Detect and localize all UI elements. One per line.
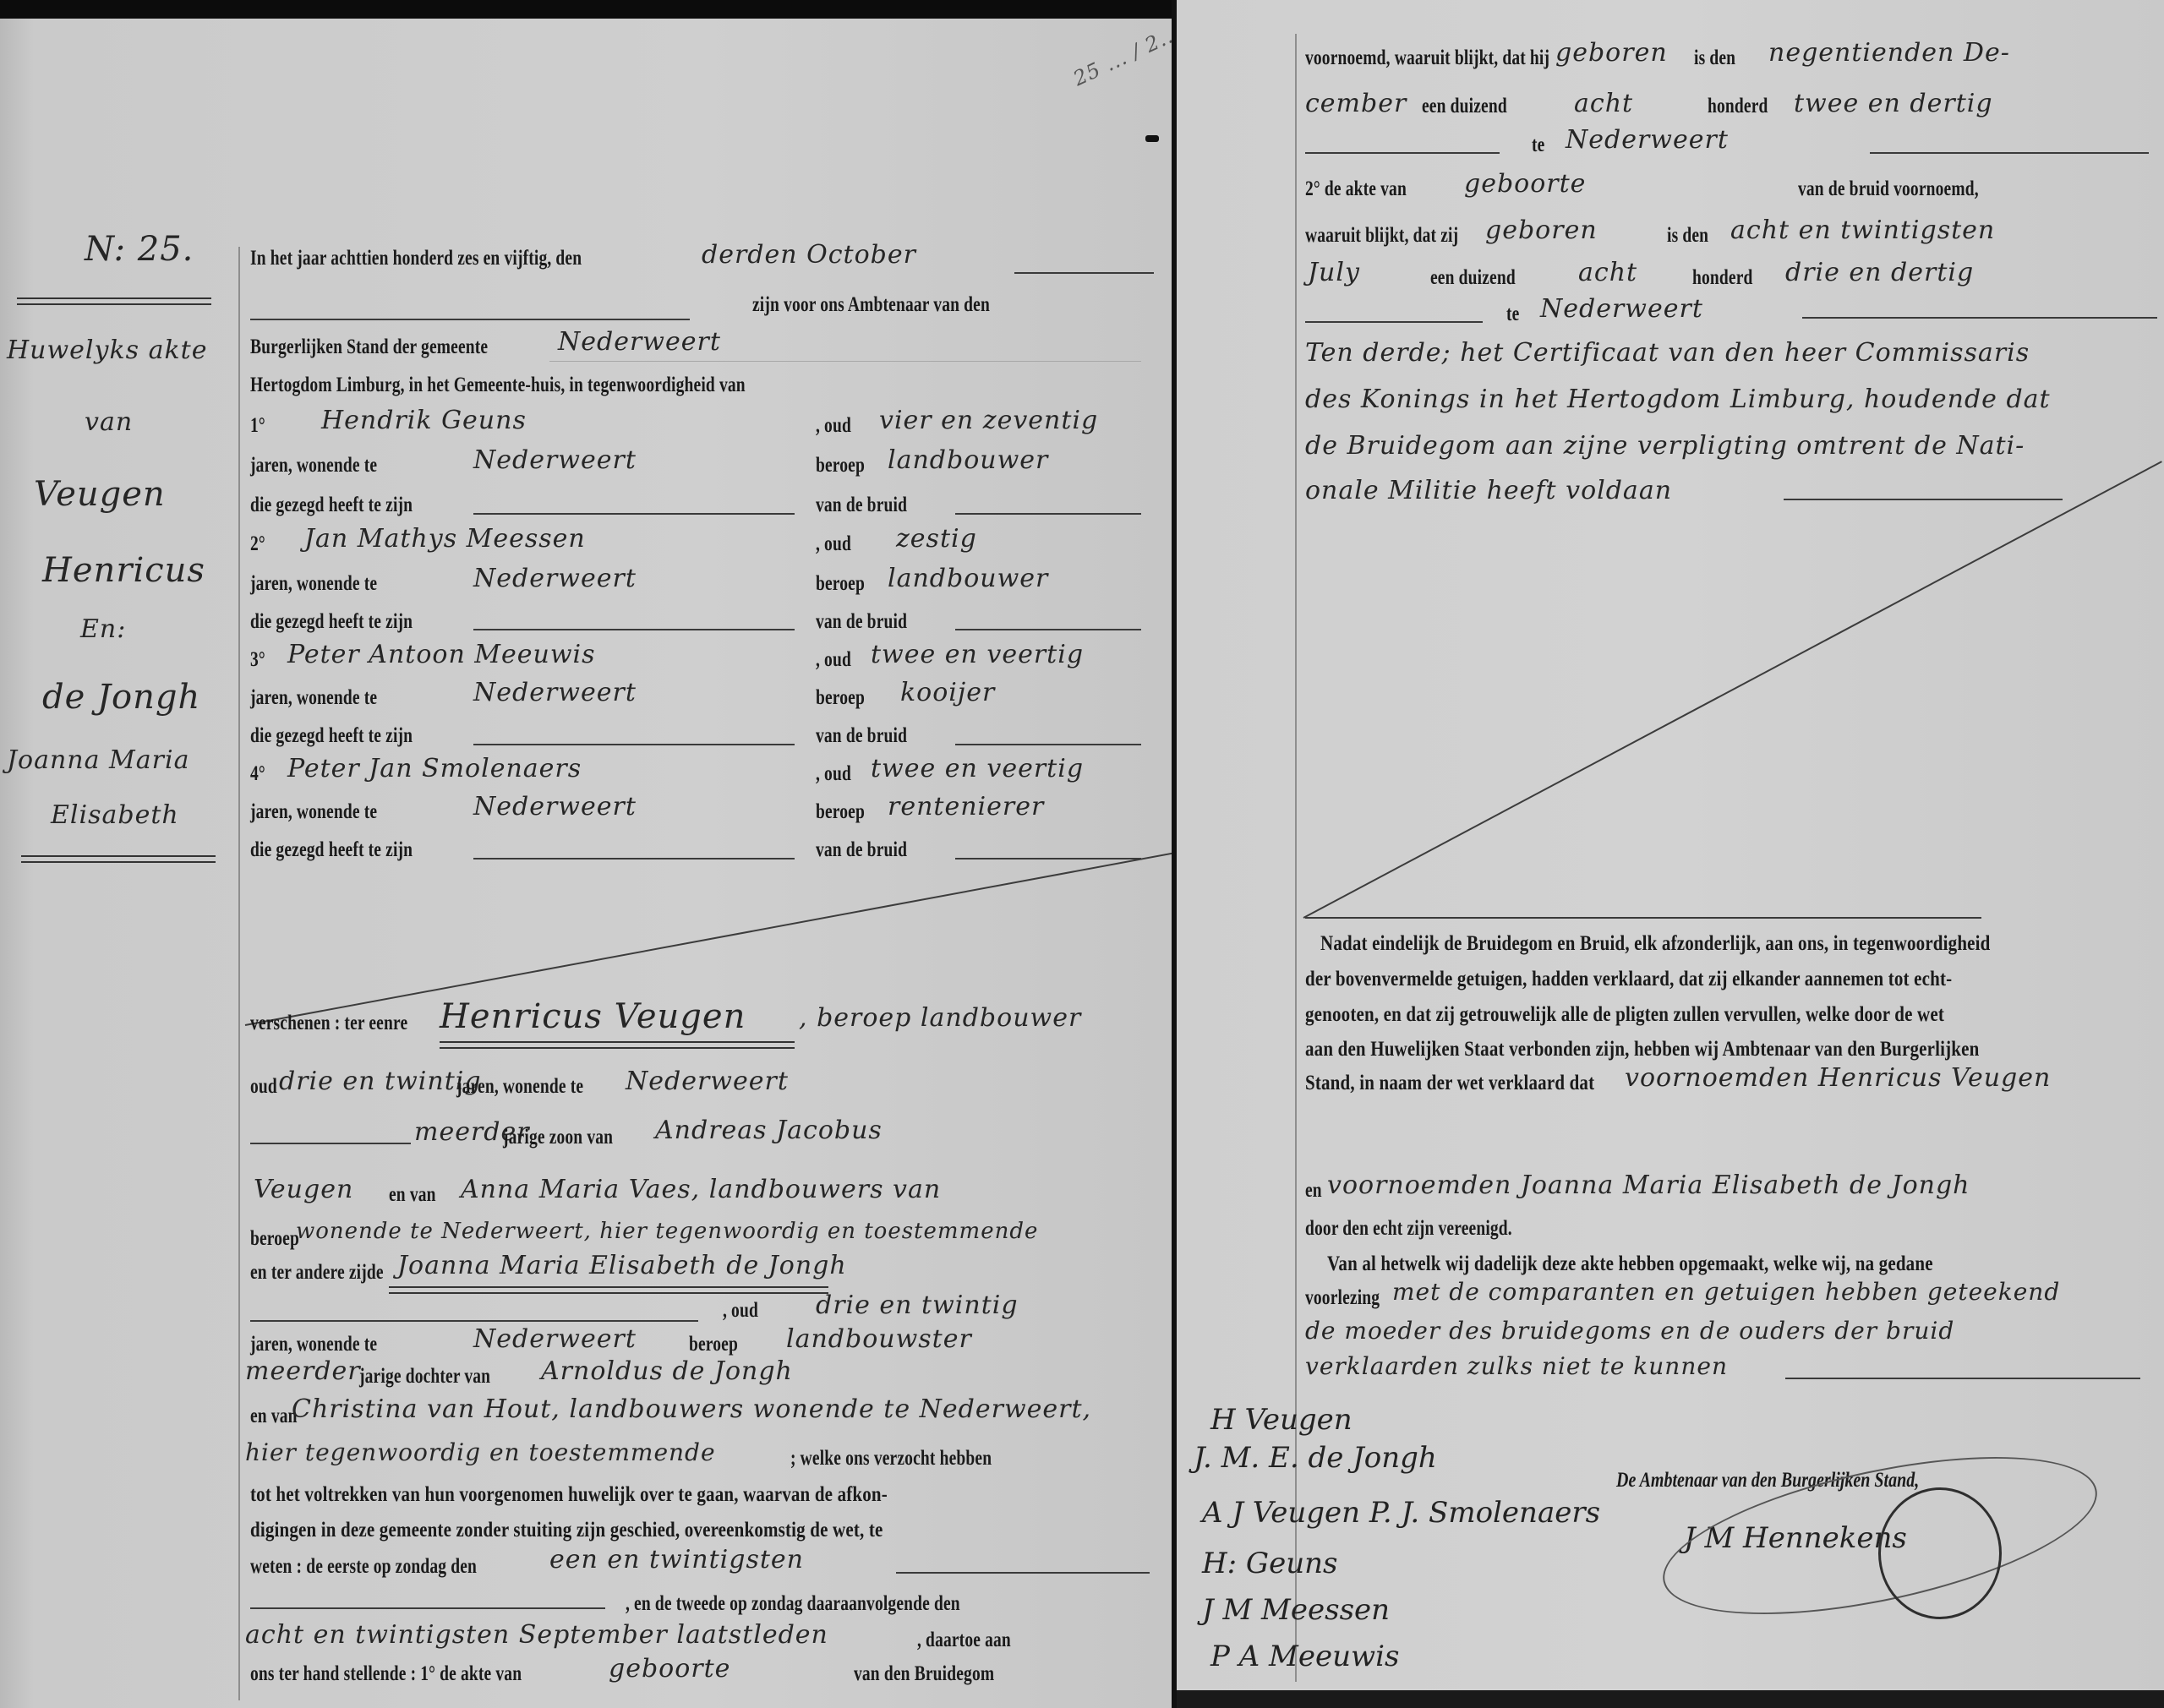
margin-groom-given: Henricus [42, 551, 205, 590]
en-van-text: en van [389, 1183, 436, 1207]
groom-name: Henricus Veugen [440, 997, 746, 1036]
groom-parents-note: wonende te Nederweert, hier tegenwoordig… [296, 1219, 1038, 1244]
voorlezing-text: voorlezing [1305, 1286, 1380, 1310]
certificate-line-1: Ten derde; het Certificaat van den heer … [1305, 338, 2030, 368]
r2-print2: honderd [1708, 95, 1768, 118]
andere-zijde-text: en ter andere zijde [250, 1261, 384, 1285]
bride-birth-year: drie en dertig [1785, 258, 1974, 287]
witness-occupation: rentenierer [888, 792, 1044, 821]
oud-label: , oud [816, 414, 851, 438]
fill-line [1870, 152, 2149, 154]
dochter-text: jarige dochter van [359, 1365, 490, 1389]
fill-line [955, 629, 1141, 630]
paragraph-line-6-end: van den Bruidegom [854, 1662, 994, 1686]
r2-print: een duizend [1422, 95, 1507, 118]
verschenen-text: verschenen : ter eenre [250, 1012, 407, 1035]
r7-print: te [1506, 303, 1519, 326]
bride-parents-note: hier tegenwoordig en toestemmende [245, 1438, 716, 1466]
signature-groom: H Veugen [1210, 1403, 1352, 1437]
oud-text: oud [250, 1075, 277, 1099]
scan-bottom-edge [1177, 1690, 2164, 1708]
bride-document: geboorte [1464, 169, 1586, 199]
r5-print: waaruit blijkt, dat zij [1305, 224, 1458, 248]
bride-oud-text: , oud [723, 1299, 758, 1323]
witness-occupation: kooijer [900, 678, 995, 707]
groom-birth-day: negentienden De- [1768, 38, 2010, 68]
witness-number: 1° [250, 414, 265, 438]
r5-print2: is den [1667, 224, 1708, 248]
r6-print: een duizend [1430, 266, 1516, 290]
margin-bride-surname: de Jongh [42, 678, 200, 717]
occupation-label: beroep [816, 800, 865, 824]
occupation-label: beroep [816, 686, 865, 710]
r2-acht: acht [1574, 89, 1633, 118]
signature-witness-meessen: J M Meessen [1202, 1593, 1390, 1627]
r1-print: voornoemd, waaruit blijkt, dat hij [1305, 46, 1549, 70]
r6-acht: acht [1578, 258, 1637, 287]
r4-print: 2° de akte van [1305, 177, 1407, 201]
left-page: 25 ... / 2... N: 25. Huwelyks akte van V… [0, 19, 1172, 1708]
residence-label: jaren, wonende te [250, 800, 377, 824]
declared-groom: voornoemden Henricus Veugen [1625, 1063, 2051, 1093]
residence-label: jaren, wonende te [250, 454, 377, 477]
paragraph-line-6: ons ter hand stellende : 1° de akte van [250, 1662, 522, 1686]
ambtenaar-text: zijn voor ons Ambtenaar van den [752, 293, 990, 317]
residence-label: jaren, wonende te [250, 572, 377, 596]
witness-number: 3° [250, 648, 265, 672]
relation-prefix: die gezegd heeft te zijn [250, 610, 413, 634]
groom-residence: Nederweert [626, 1067, 789, 1096]
bride-age: drie en twintig [816, 1291, 1019, 1320]
second-proclamation: acht en twintigsten September laatstlede… [245, 1620, 828, 1650]
witness-residence: Nederweert [473, 792, 637, 821]
fill-line [250, 1320, 698, 1322]
witness-occupation: landbouwer [888, 445, 1048, 475]
relation-label: van de bruid [816, 724, 907, 748]
signature-flourish-loop [1878, 1487, 2002, 1619]
jaren-text: jaren, wonende te [456, 1075, 583, 1099]
witness-name: Peter Jan Smolenaers [287, 754, 582, 783]
groom-birth-month: cember [1305, 89, 1407, 118]
relation-label: van de bruid [816, 838, 907, 862]
groom-name-underline [440, 1041, 795, 1049]
paragraph-line-1: tot het voltrekken van hun voorgenomen h… [250, 1483, 888, 1507]
relation-prefix: die gezegd heeft te zijn [250, 724, 413, 748]
fill-line [1784, 499, 2063, 500]
act-number: N: 25. [85, 230, 194, 269]
zoon-text: jarige zoon van [503, 1126, 613, 1149]
groom-document: geboorte [609, 1654, 730, 1683]
bride-mother: Christina van Hout, landbouwers wonende … [292, 1394, 1091, 1424]
margin-rule [238, 247, 240, 1700]
ink-blot [1145, 135, 1159, 142]
margin-title: Huwelyks akte [7, 336, 207, 365]
fill-line [896, 1572, 1150, 1574]
witness-age: vier en zeventig [879, 406, 1098, 435]
beroep-text: beroep [250, 1227, 299, 1251]
right-page: voornoemd, waaruit blijkt, dat hij gebor… [1177, 0, 2164, 1690]
residence-label: jaren, wonende te [250, 686, 377, 710]
witness-residence: Nederweert [473, 678, 637, 707]
voorlezing-note-1: met de comparanten en getuigen hebben ge… [1392, 1278, 2060, 1306]
nadat-line-5: Stand, in naam der wet verklaard dat [1305, 1072, 1594, 1095]
marriage-date: derden October [702, 240, 916, 270]
occupation-label: beroep [816, 572, 865, 596]
groom-occupation: , beroep landbouwer [799, 1003, 1081, 1033]
voorlezing-note-3: verklaarden zulks niet te kunnen [1305, 1352, 1728, 1380]
margin-bride-given1: Joanna Maria [7, 745, 189, 775]
declared-bride: voornoemden Joanna Maria Elisabeth de Jo… [1327, 1170, 1970, 1200]
bride-meerder: meerder [245, 1356, 361, 1386]
relation-prefix: die gezegd heeft te zijn [250, 838, 413, 862]
scan-top-edge [0, 0, 1172, 19]
witness-number: 2° [250, 532, 265, 556]
bride-birth-day: acht en twintigsten [1730, 216, 1995, 245]
van-al-text: Van al hetwelk wij dadelijk deze akte he… [1327, 1252, 1933, 1276]
nadat-line-3: genooten, en dat zij getrouwelijk alle d… [1305, 1003, 1944, 1027]
r4-print2: van de bruid voornoemd, [1798, 177, 1979, 201]
witness-age: twee en veertig [871, 640, 1084, 669]
witness-number: 4° [250, 762, 265, 786]
bride-father: Arnoldus de Jongh [541, 1356, 793, 1386]
margin-rule-top [17, 297, 211, 305]
blank-strike-line [1303, 461, 2162, 919]
groom-birth-place: Nederweert [1566, 125, 1729, 155]
fill-line [250, 1607, 605, 1609]
municipality: Nederweert [558, 327, 721, 357]
first-proclamation: een en twintigsten [549, 1545, 804, 1574]
bride-name-underline [389, 1286, 828, 1294]
signature-witnesses-1: A J Veugen P. J. Smolenaers [1202, 1496, 1600, 1530]
certificate-line-3: de Bruidegom aan zijne verpligting omtre… [1305, 431, 2025, 461]
fill-line [473, 513, 795, 515]
en-van2-text: en van [250, 1405, 298, 1428]
bride-birth-place: Nederweert [1540, 294, 1703, 324]
fill-line [1305, 152, 1500, 154]
margin-rule-bottom [21, 855, 216, 863]
witness-age: zestig [896, 524, 977, 554]
fill-line [250, 1143, 411, 1144]
paragraph-line-5: , daartoe aan [917, 1629, 1011, 1652]
vereenigd-text: door den echt zijn vereenigd. [1305, 1217, 1512, 1241]
bride-birth-word: geboren [1485, 216, 1598, 245]
margin-groom-surname: Veugen [34, 475, 166, 514]
bride-beroep-text: beroep [689, 1333, 738, 1356]
paragraph-line-2: digingen in deze gemeente zonder stuitin… [250, 1519, 883, 1542]
page-reference: 25 ... / 2... [1069, 21, 1172, 91]
nadat-line-1: Nadat eindelijk de Bruidegom en Bruid, e… [1320, 932, 1991, 956]
fill-line [1802, 317, 2157, 319]
fill-line [1305, 321, 1483, 323]
relation-label: van de bruid [816, 610, 907, 634]
bride-residence: Nederweert [473, 1324, 637, 1354]
witness-occupation: landbouwer [888, 564, 1048, 593]
nadat-line-4: aan den Huwelijken Staat verbonden zijn,… [1305, 1038, 1979, 1061]
signature-bride: J. M. E. de Jongh [1194, 1441, 1437, 1475]
fill-line [473, 858, 795, 859]
fill-line [250, 319, 690, 320]
en-text: en [1305, 1179, 1322, 1203]
certificate-line-4: onale Militie heeft voldaan [1305, 476, 1672, 505]
bride-jaren-text: jaren, wonende te [250, 1333, 377, 1356]
margin-en: En: [80, 614, 126, 644]
witness-residence: Nederweert [473, 445, 637, 475]
voorlezing-note-2: de moeder des bruidegoms en de ouders de… [1305, 1317, 1954, 1345]
intro-text: In het jaar achttien honderd zes en vijf… [250, 247, 582, 270]
r6-print2: honderd [1692, 266, 1753, 290]
certificate-line-2: des Konings in het Hertogdom Limburg, ho… [1305, 385, 2051, 414]
fill-line [955, 858, 1141, 859]
welke-text: ; welke ons verzocht hebben [790, 1447, 992, 1471]
fill-line [1014, 272, 1154, 274]
witness-name: Jan Mathys Meessen [304, 524, 586, 554]
groom-father-1: Andreas Jacobus [655, 1116, 883, 1145]
bride-birth-month: July [1308, 258, 1360, 287]
r1-print2: is den [1694, 46, 1735, 70]
witness-age: twee en veertig [871, 754, 1084, 783]
margin-van: van [85, 407, 133, 437]
witness-name: Hendrik Geuns [321, 406, 527, 435]
oud-label: , oud [816, 762, 851, 786]
groom-age: drie en twintig [279, 1067, 482, 1096]
fill-line [1785, 1378, 2140, 1379]
relation-label: van de bruid [816, 494, 907, 517]
signature-witness-geuns: H: Geuns [1202, 1547, 1337, 1580]
fill-line [473, 744, 795, 745]
margin-bride-given2: Elisabeth [51, 800, 179, 830]
oud-label: , oud [816, 532, 851, 556]
fill-line [549, 361, 1141, 362]
fill-line [1305, 917, 1981, 919]
bride-name: Joanna Maria Elisabeth de Jongh [397, 1251, 847, 1280]
fill-line [955, 513, 1141, 515]
groom-birth-year: twee en dertig [1794, 89, 1993, 118]
groom-mother: Anna Maria Vaes, landbouwers van [461, 1175, 941, 1204]
occupation-label: beroep [816, 454, 865, 477]
witness-name: Peter Antoon Meeuwis [287, 640, 596, 669]
groom-father-2: Veugen [254, 1175, 353, 1204]
paragraph-line-3: weten : de eerste op zondag den [250, 1555, 477, 1579]
oud-label: , oud [816, 648, 851, 672]
relation-prefix: die gezegd heeft te zijn [250, 494, 413, 517]
bride-occupation: landbouwster [786, 1324, 972, 1354]
fill-line [473, 629, 795, 630]
paragraph-line-4: , en de tweede op zondag daaraanvolgende… [626, 1592, 960, 1616]
witness-residence: Nederweert [473, 564, 637, 593]
fill-line [955, 744, 1141, 745]
r3-print: te [1532, 134, 1544, 157]
nadat-line-2: der bovenvermelde getuigen, hadden verkl… [1305, 968, 1952, 991]
hertogdom-text: Hertogdom Limburg, in het Gemeente-huis,… [250, 374, 746, 397]
burgerlijke-stand-text: Burgerlijken Stand der gemeente [250, 336, 488, 359]
signature-witness-meeuwis: P A Meeuwis [1210, 1640, 1399, 1673]
groom-birth-word: geboren [1555, 38, 1668, 68]
